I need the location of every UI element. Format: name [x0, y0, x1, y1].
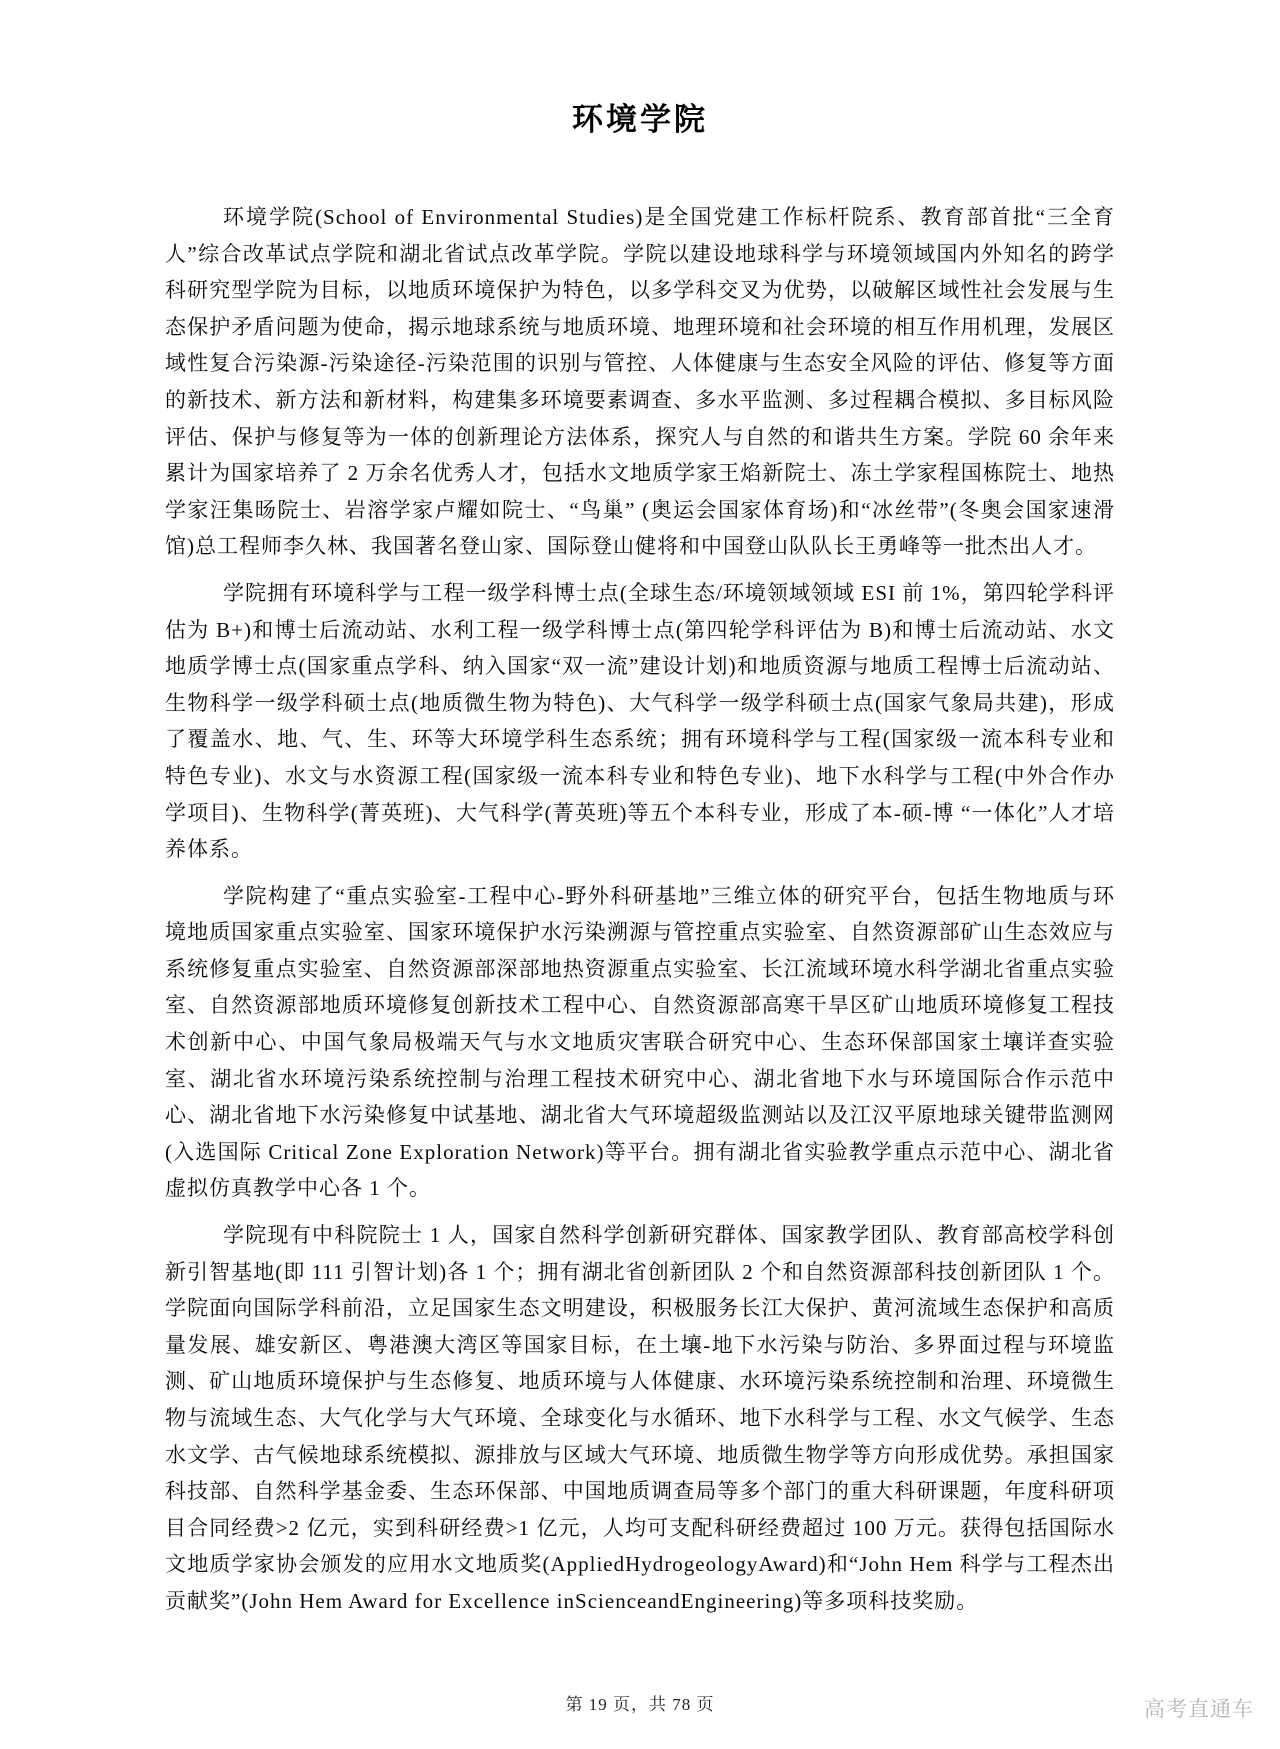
watermark-text: 高考直通车 — [1144, 1693, 1254, 1723]
document-page: 环境学院 环境学院(School of Environmental Studie… — [0, 0, 1280, 1749]
body-paragraph-disciplines: 学院拥有环境科学与工程一级学科博士点(全球生态/环境领域领域 ESI 前 1%，… — [165, 575, 1115, 868]
body-paragraph-intro: 环境学院(School of Environmental Studies)是全国… — [165, 199, 1115, 565]
page-title: 环境学院 — [0, 0, 1280, 139]
body-paragraph-platforms: 学院构建了“重点实验室-工程中心-野外科研基地”三维立体的研究平台，包括生物地质… — [165, 878, 1115, 1207]
document-body: 环境学院(School of Environmental Studies)是全国… — [165, 199, 1115, 1620]
page-number: 第 19 页，共 78 页 — [0, 1690, 1280, 1715]
body-paragraph-research: 学院现有中科院院士 1 人，国家自然科学创新研究群体、国家教学团队、教育部高校学… — [165, 1217, 1115, 1620]
